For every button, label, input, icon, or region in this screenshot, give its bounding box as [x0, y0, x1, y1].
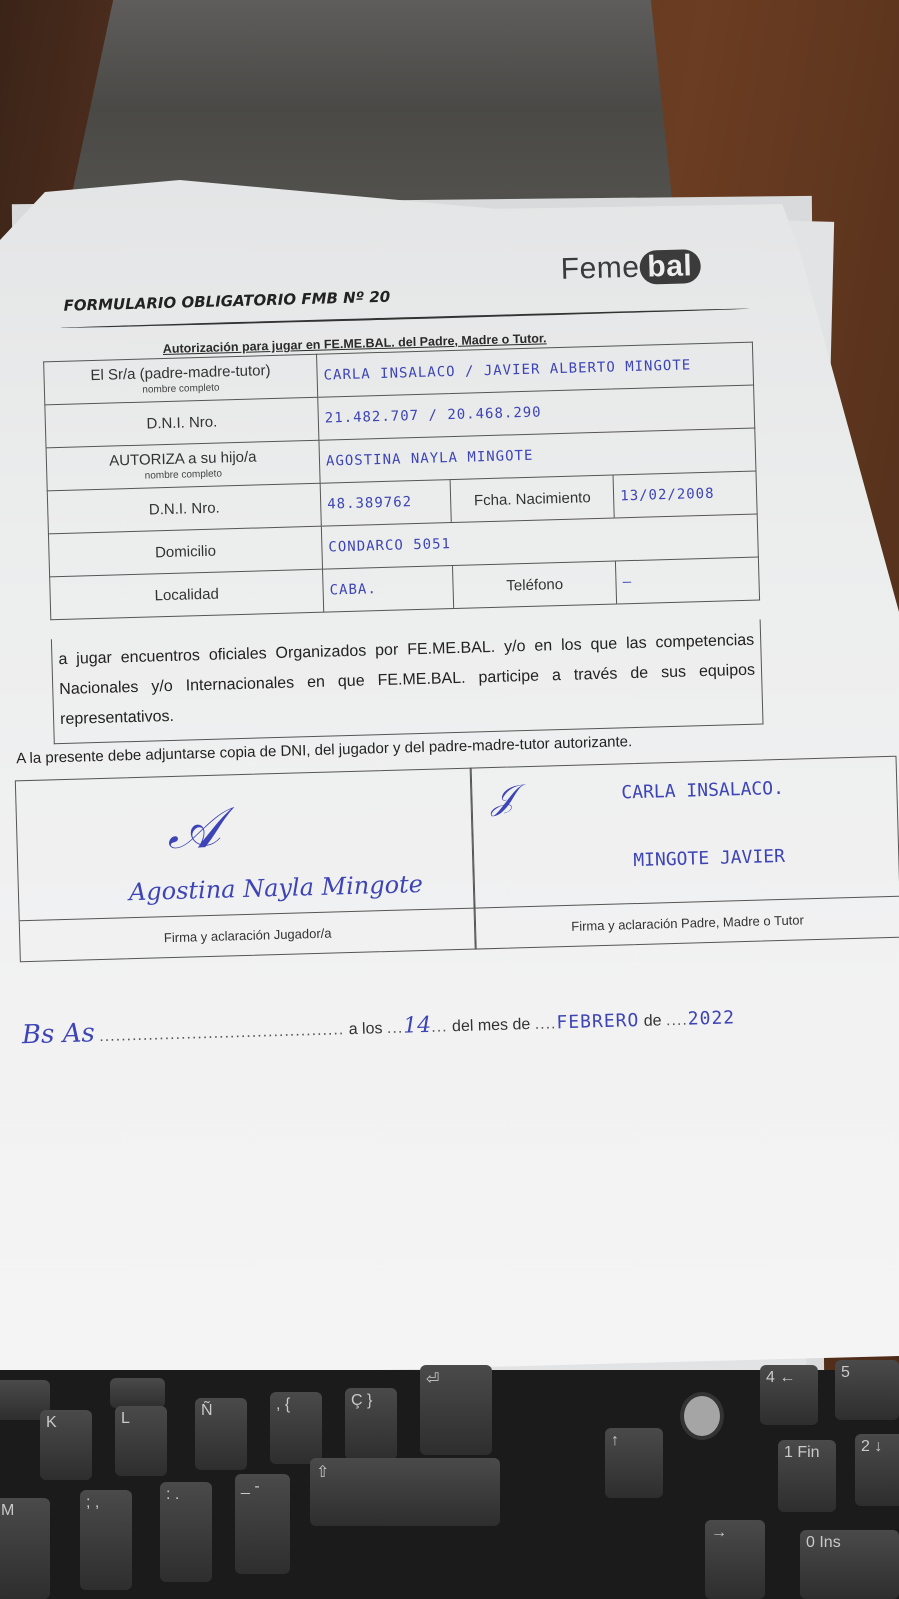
keyboard-key-up: ↑	[605, 1428, 663, 1498]
guardian-signature-caption: Firma y aclaración Padre, Madre o Tutor	[475, 910, 899, 937]
label-guardian: El Sr/a (padre-madre-tutor) nombre compl…	[44, 354, 318, 405]
label-guardian-dni: D.N.I. Nro.	[45, 397, 319, 448]
signature-line	[20, 908, 475, 922]
keyboard-key-cedilla: Ç }	[345, 1388, 397, 1460]
dotted-leader: ...	[431, 1018, 448, 1035]
row-sublabel: nombre completo	[53, 466, 313, 484]
signature-line	[475, 896, 899, 909]
dotted-leader: ....	[666, 1012, 688, 1030]
place-field[interactable]: Bs As	[22, 1018, 96, 1050]
month-label: del mes de	[452, 1016, 531, 1035]
keyboard-key-semicolon: ; ,	[80, 1490, 132, 1590]
keyboard-key-comma-brace: , {	[270, 1392, 322, 1464]
keyboard-key-num5: 5	[835, 1360, 899, 1420]
keyboard-key-num0: 0 Ins	[800, 1530, 899, 1599]
keyboard-key	[110, 1378, 165, 1408]
keyboard-key-shift: ⇧	[310, 1458, 500, 1526]
keyboard-key-l: L	[115, 1406, 167, 1476]
row-label: El Sr/a (padre-madre-tutor)	[90, 362, 270, 384]
keyboard-key-num4: 4 ←	[760, 1365, 818, 1425]
birthdate-field[interactable]: 13/02/2008	[613, 471, 757, 518]
keyboard-key-num2: 2 ↓	[855, 1434, 899, 1506]
label-address: Domicilio	[48, 526, 322, 577]
guardian-signature-line1: CARLA INSALACO.	[621, 778, 784, 804]
player-signature-scrawl: 𝒜	[166, 796, 221, 863]
locality-field[interactable]: CABA.	[323, 566, 454, 613]
label-child-dni: D.N.I. Nro.	[47, 483, 321, 534]
player-signature-box[interactable]: 𝒜 Agostina Nayla Mingote Firma y aclarac…	[15, 768, 477, 963]
label-child: AUTORIZA a su hijo/a nombre completo	[46, 440, 320, 491]
authorization-paragraph: a jugar encuentros oficiales Organizados…	[51, 619, 764, 744]
keyboard-key-n-tilde: Ñ	[195, 1398, 247, 1470]
guardian-signature-line2: MINGOTE JAVIER	[633, 846, 785, 871]
keyboard-key-underscore: _ -	[235, 1474, 290, 1574]
femebal-logo: Femebal	[560, 249, 700, 287]
row-label: AUTORIZA a su hijo/a	[109, 448, 257, 469]
month-field[interactable]: FEBRERO	[556, 1010, 639, 1033]
day-field[interactable]: 14	[403, 1013, 432, 1039]
trackpoint	[680, 1392, 724, 1440]
keyboard-key-num1: 1 Fin	[778, 1440, 836, 1512]
dotted-leader: ...	[387, 1020, 404, 1037]
logo-pill: bal	[639, 249, 701, 285]
label-phone: Teléfono	[453, 561, 617, 609]
laptop-keyboard: K L Ñ , { Ç } ⏎ M ; , : . _ - ⇧ ↑ 4 ← 5 …	[0, 1370, 899, 1599]
keyboard-key-colon: : .	[160, 1482, 212, 1582]
keyboard-key-right: →	[705, 1520, 765, 1599]
a-los-label: a los	[348, 1020, 382, 1038]
keyboard-key-k: K	[40, 1410, 92, 1480]
authorization-table: El Sr/a (padre-madre-tutor) nombre compl…	[43, 342, 760, 621]
label-birthdate: Fcha. Nacimiento	[450, 475, 614, 523]
signature-section: 𝒜 Agostina Nayla Mingote Firma y aclarac…	[15, 756, 899, 990]
keyboard-key-m: M	[0, 1498, 50, 1599]
year-label: de	[644, 1012, 662, 1029]
dotted-leader: ....	[534, 1015, 556, 1033]
guardian-signature-scrawl: 𝒥	[491, 777, 516, 818]
player-signature-caption: Firma y aclaración Jugador/a	[20, 922, 475, 950]
logo-text: Feme	[560, 251, 640, 286]
label-locality: Localidad	[50, 569, 324, 620]
keyboard-key-enter: ⏎	[420, 1365, 492, 1455]
phone-field[interactable]: —	[616, 557, 760, 604]
year-field[interactable]: 2022	[687, 1007, 735, 1029]
dotted-leader: ........................................…	[99, 1021, 344, 1045]
player-printed-name: Agostina Nayla Mingote	[129, 870, 424, 906]
child-dni-field[interactable]: 48.389762	[320, 480, 451, 527]
guardian-signature-box[interactable]: CARLA INSALACO. 𝒥 MINGOTE JAVIER Firma y…	[470, 756, 899, 950]
